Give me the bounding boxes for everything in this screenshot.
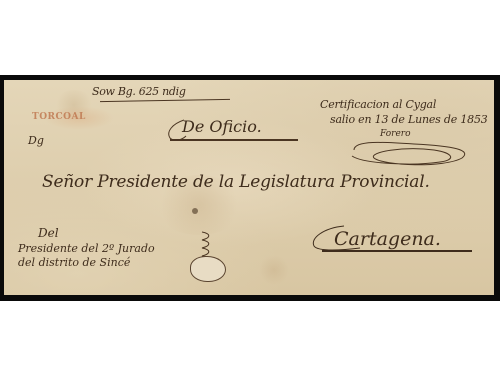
postmark-stamp: TORCOAL	[32, 112, 86, 122]
certification-line-2: salio en 13 de Lunes de 1853	[330, 113, 488, 126]
corner-scrawl: Dg	[28, 134, 44, 147]
sender-line-2: del distrito de Sincé	[18, 256, 130, 269]
wax-seal-tear	[190, 256, 226, 282]
photo-frame: Sow Bg. 625 ndig TORCOAL Dg De Oficio. C…	[0, 75, 500, 301]
sender-line-1: Presidente del 2º Jurado	[18, 242, 155, 255]
paper-stain	[259, 255, 289, 285]
cartagena-flourish-icon	[304, 220, 364, 260]
sender-from: Del	[38, 226, 59, 240]
oficio-flourish-icon	[164, 118, 204, 144]
signature-rubric-icon	[344, 136, 474, 168]
top-note-underline	[100, 99, 230, 102]
top-note: Sow Bg. 625 ndig	[92, 85, 186, 98]
certification-line-1: Certificacion al Cygal	[320, 98, 436, 111]
addressee-line: Señor Presidente de la Legislatura Provi…	[42, 172, 430, 192]
envelope-paper: Sow Bg. 625 ndig TORCOAL Dg De Oficio. C…	[4, 80, 494, 295]
ink-blot	[192, 208, 198, 214]
